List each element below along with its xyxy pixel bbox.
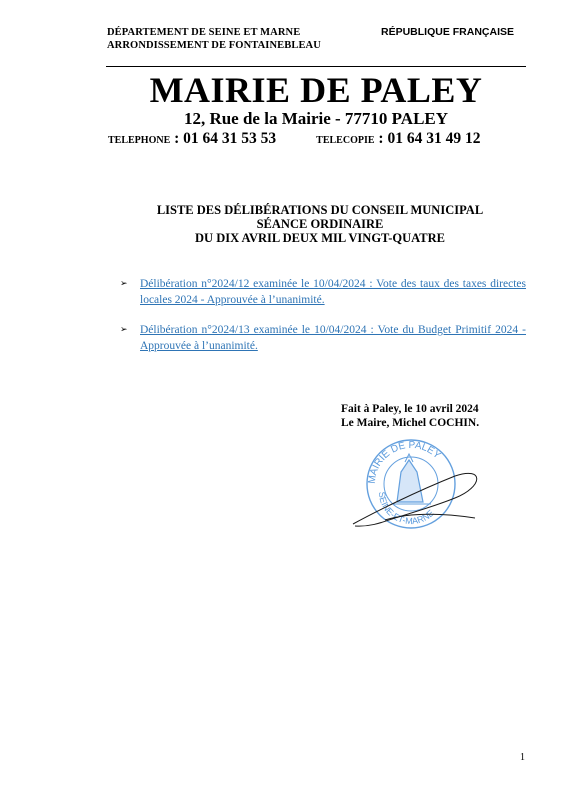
deliberations-list: ➢ Délibération n°2024/12 examinée le 10/…	[120, 277, 526, 369]
page-number: 1	[520, 752, 525, 763]
list-item: ➢ Délibération n°2024/12 examinée le 10/…	[120, 277, 526, 308]
official-stamp-icon: MAIRIE DE PALEY SEINE-ET-MARNE	[345, 432, 505, 532]
deliberation-link[interactable]: Délibération n°2024/12 examinée le 10/04…	[140, 278, 526, 306]
header-divider	[106, 66, 526, 67]
contact-line: TELEPHONE : 01 64 31 53 53TELECOPIE : 01…	[108, 129, 528, 151]
telephone-value: : 01 64 31 53 53	[170, 130, 276, 147]
arrondissement-name: ARRONDISSEMENT DE FONTAINEBLEAU	[107, 39, 321, 52]
department-header: DÉPARTEMENT DE SEINE ET MARNE ARRONDISSE…	[107, 26, 321, 52]
arrow-bullet-icon: ➢	[120, 277, 128, 293]
signature-block: Fait à Paley, le 10 avril 2024 Le Maire,…	[341, 402, 479, 430]
telephone-label: TELEPHONE	[108, 135, 170, 146]
department-name: DÉPARTEMENT DE SEINE ET MARNE	[107, 26, 321, 39]
deliberations-heading: LISTE DES DÉLIBÉRATIONS DU CONSEIL MUNIC…	[106, 203, 534, 245]
signature-date: Fait à Paley, le 10 avril 2024	[341, 402, 479, 416]
heading-line-3: DU DIX AVRIL DEUX MIL VINGT-QUATRE	[106, 231, 534, 245]
republic-header: RÉPUBLIQUE FRANÇAISE	[381, 26, 514, 39]
signature-mayor: Le Maire, Michel COCHIN.	[341, 416, 479, 430]
list-item: ➢ Délibération n°2024/13 examinée le 10/…	[120, 323, 526, 354]
arrow-bullet-icon: ➢	[120, 323, 128, 339]
page-title: MAIRIE DE PALEY	[106, 70, 526, 110]
heading-line-2: SÉANCE ORDINAIRE	[106, 217, 534, 231]
telecopie-label: TELECOPIE	[316, 135, 374, 146]
heading-line-1: LISTE DES DÉLIBÉRATIONS DU CONSEIL MUNIC…	[106, 203, 534, 217]
deliberation-link[interactable]: Délibération n°2024/13 examinée le 10/04…	[140, 324, 526, 352]
telecopie-value: : 01 64 31 49 12	[375, 130, 481, 147]
mairie-address: 12, Rue de la Mairie - 77710 PALEY	[106, 109, 526, 129]
